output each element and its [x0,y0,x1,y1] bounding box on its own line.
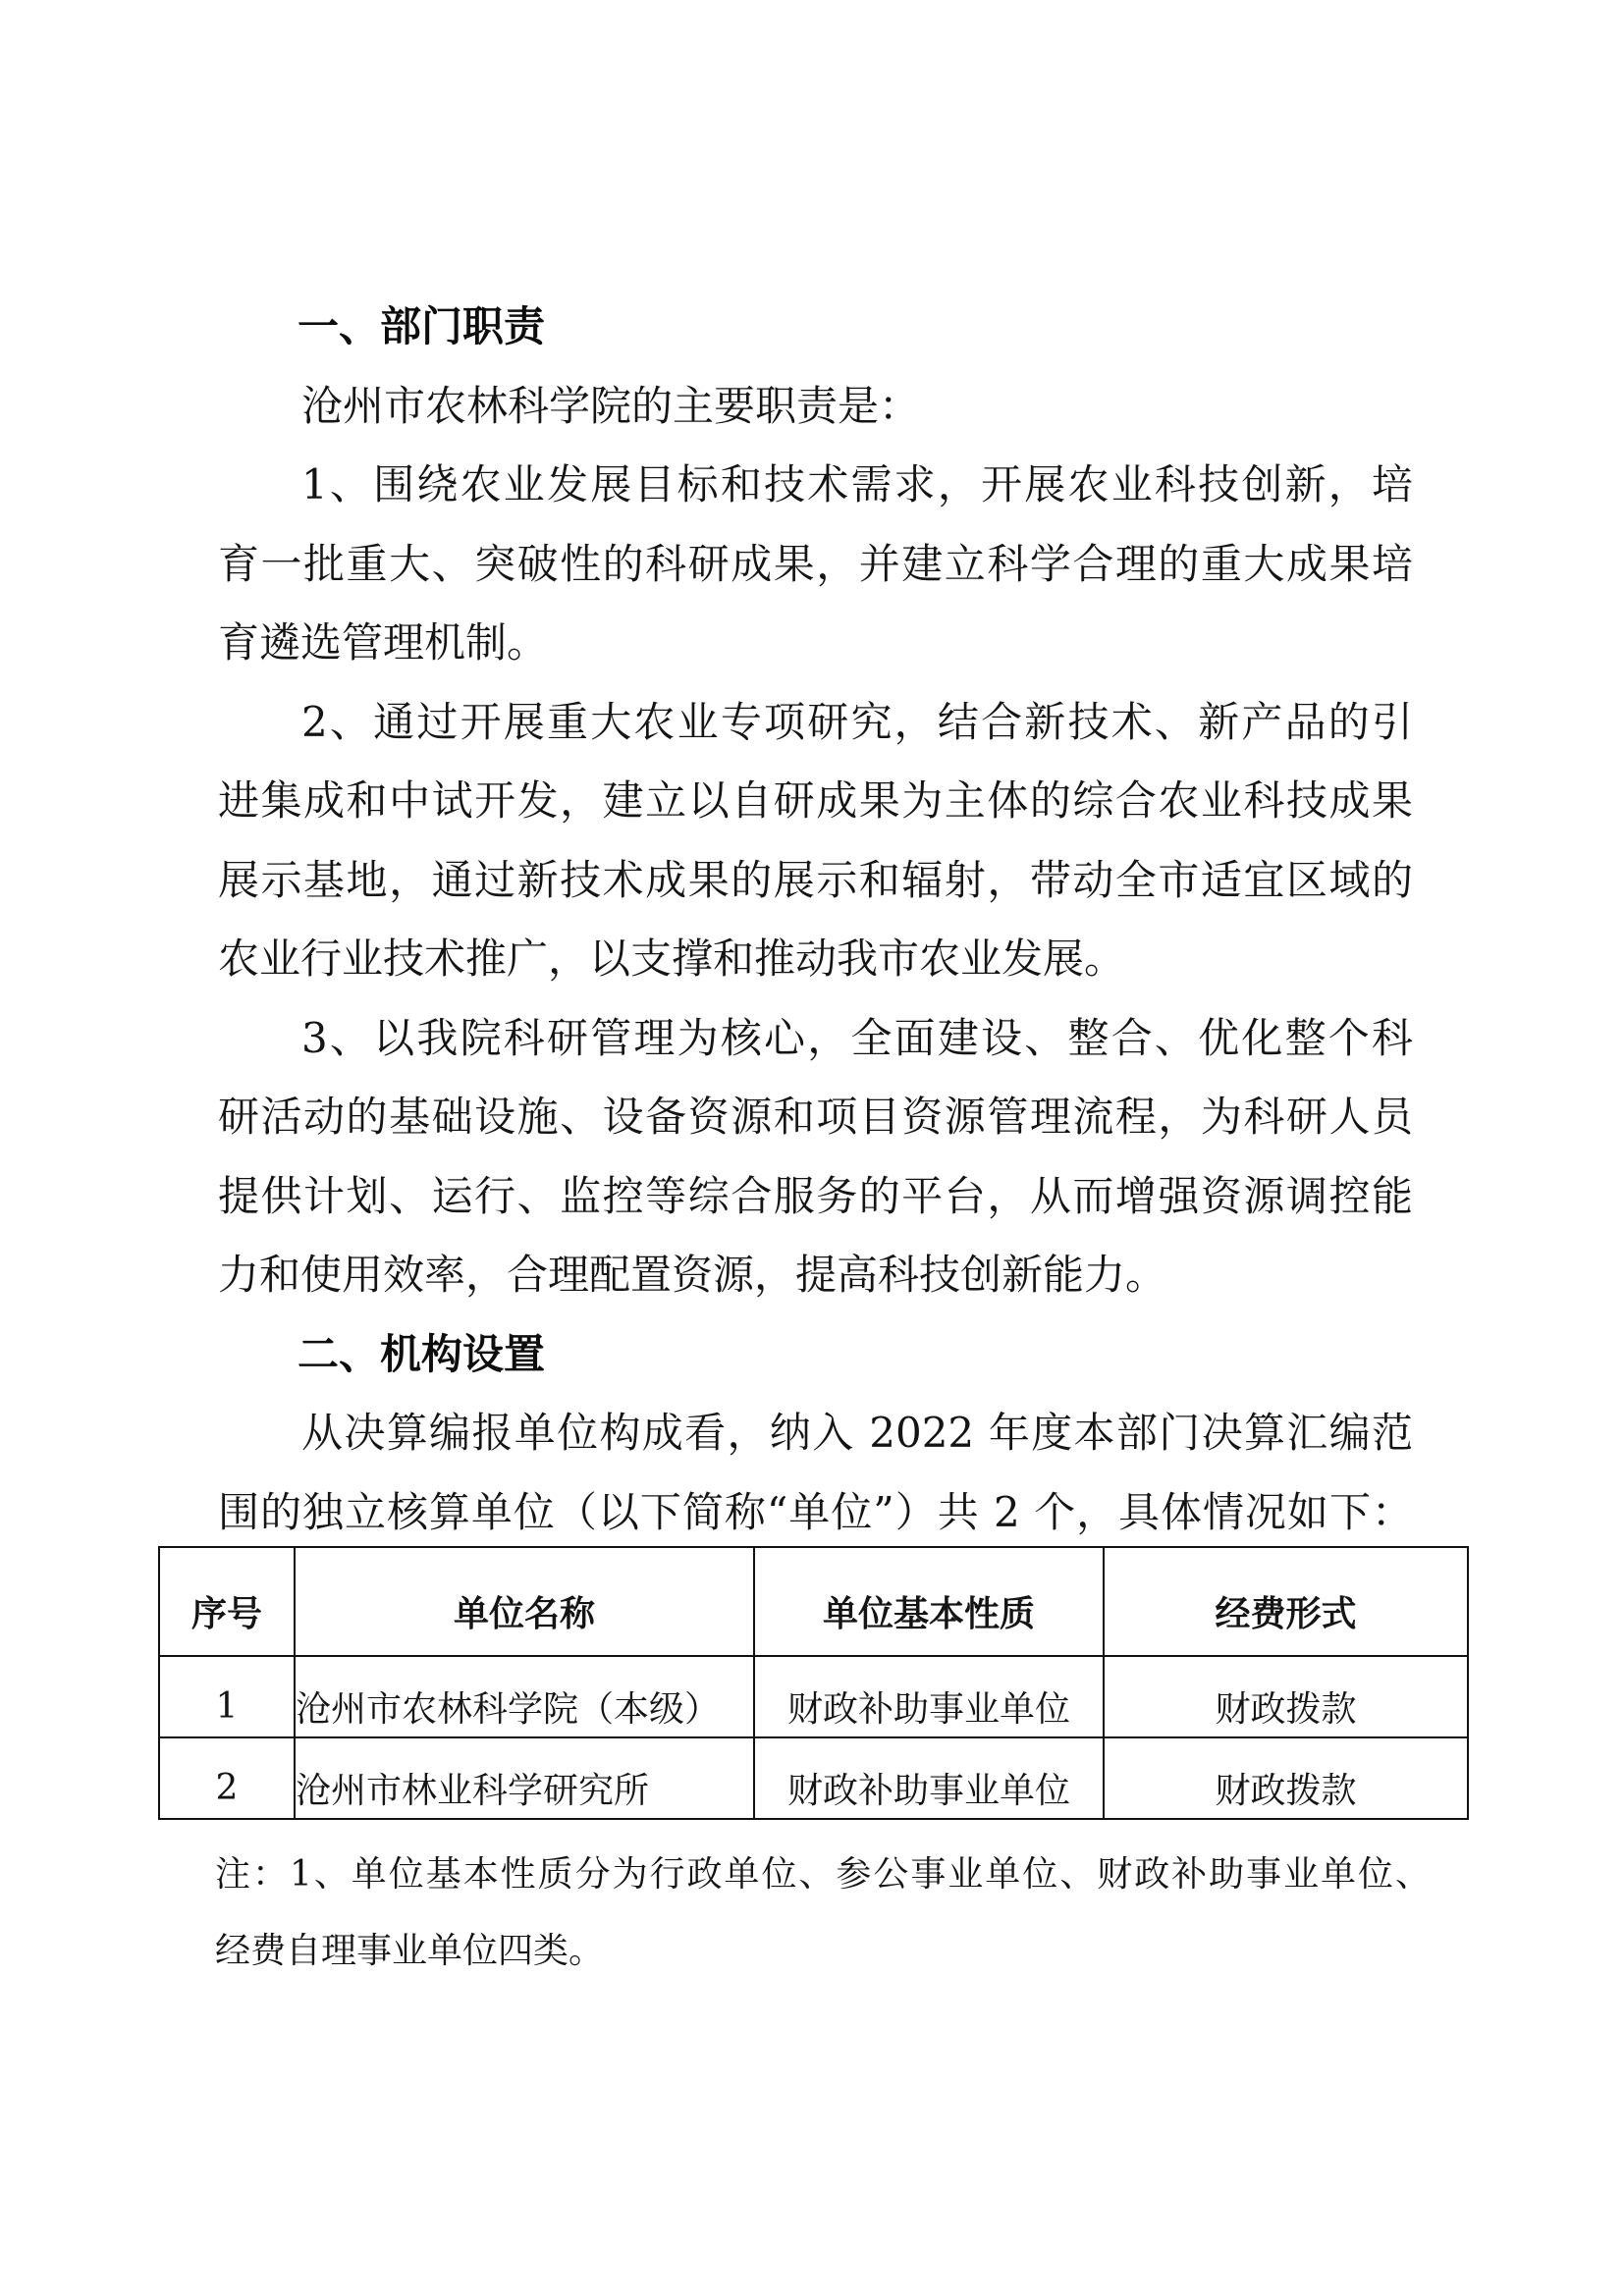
cell-index: 2 [159,1737,295,1819]
paragraph-duty-1-line: 育遴选管理机制。 [218,604,548,682]
paragraph-org-line: 从决算编报单位构成看，纳入 2022 年度本部门决算汇编范 [301,1394,1413,1472]
column-header-unit-nature: 单位基本性质 [754,1547,1104,1656]
table-note-line: 注：1、单位基本性质分为行政单位、参公事业单位、财政补助事业单位、 [215,1837,1431,1913]
paragraph-duty-2-line: 进集成和中试开发，建立以自研成果为主体的综合农业科技成果 [218,762,1413,840]
paragraph-duty-2-line: 农业行业技术推广，以支撑和推动我市农业发展。 [218,920,1125,998]
paragraph-duty-1-line: 育一批重大、突破性的科研成果，并建立科学合理的重大成果培 [218,525,1413,604]
cell-funding-type: 财政拨款 [1104,1737,1468,1819]
cell-unit-nature: 财政补助事业单位 [754,1656,1104,1737]
paragraph-duty-2-line: 展示基地，通过新技术成果的展示和辐射，带动全市适宜区域的 [218,841,1413,920]
table-row: 2 沧州市林业科学研究所 财政补助事业单位 财政拨款 [159,1737,1468,1819]
table-header-row: 序号 单位名称 单位基本性质 经费形式 [159,1547,1468,1656]
paragraph-duty-2-line: 2、通过开展重大农业专项研究，结合新技术、新产品的引 [301,683,1413,762]
paragraph-duty-3-line: 力和使用效率，合理配置资源，提高科技创新能力。 [218,1236,1166,1314]
paragraph-duty-3-line: 3、以我院科研管理为核心，全面建设、整合、优化整个科 [301,999,1413,1078]
paragraph-intro: 沧州市农林科学院的主要职责是： [301,367,920,446]
paragraph-duty-1-line: 1、围绕农业发展目标和技术需求，开展农业科技创新，培 [301,446,1413,524]
paragraph-duty-3-line: 研活动的基础设施、设备资源和项目资源管理流程，为科研人员 [218,1078,1413,1156]
cell-unit-name: 沧州市林业科学研究所 [295,1737,754,1819]
column-header-index: 序号 [159,1547,295,1656]
column-header-unit-name: 单位名称 [295,1547,754,1656]
section-heading-organization: 二、机构设置 [298,1315,545,1394]
paragraph-duty-3-line: 提供计划、运行、监控等综合服务的平台，从而增强资源调控能 [218,1157,1413,1236]
section-heading-responsibilities: 一、部门职责 [298,288,545,366]
cell-unit-name: 沧州市农林科学院（本级） [295,1656,754,1737]
document-page: 一、部门职责 沧州市农林科学院的主要职责是： 1、围绕农业发展目标和技术需求，开… [0,0,1624,2296]
units-table: 序号 单位名称 单位基本性质 经费形式 1 沧州市农林科学院（本级） 财政补助事… [158,1546,1469,1820]
table-row: 1 沧州市农林科学院（本级） 财政补助事业单位 财政拨款 [159,1656,1468,1737]
cell-funding-type: 财政拨款 [1104,1656,1468,1737]
paragraph-org-line: 围的独立核算单位（以下简称“单位”）共 2 个，具体情况如下： [218,1473,1413,1552]
cell-index: 1 [159,1656,295,1737]
table-note-line: 经费自理事业单位四类。 [215,1913,604,1990]
column-header-funding-type: 经费形式 [1104,1547,1468,1656]
cell-unit-nature: 财政补助事业单位 [754,1737,1104,1819]
